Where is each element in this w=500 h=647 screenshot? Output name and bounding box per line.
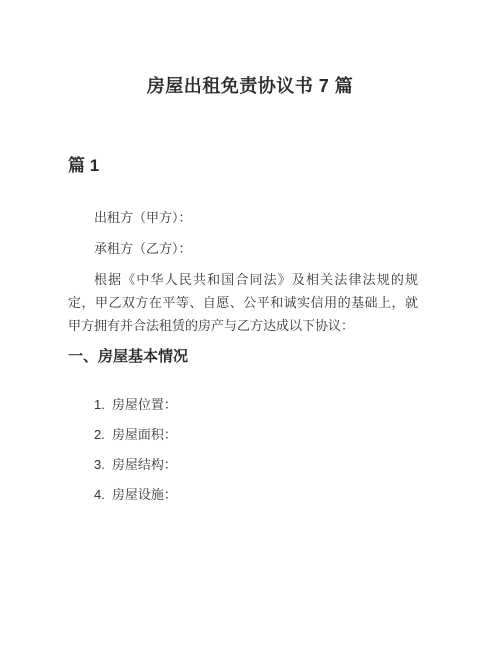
list-item-area: 2.房屋面积： bbox=[94, 423, 418, 446]
list-item-label: 房屋面积： bbox=[112, 427, 177, 442]
intro-paragraph: 根据《中华人民共和国合同法》及相关法律法规的规定，甲乙双方在平等、自愿、公平和诚… bbox=[68, 268, 418, 337]
document-page: 房屋出租免责协议书 7 篇 篇 1 出租方（甲方）： 承租方（乙方）： 根据《中… bbox=[0, 0, 500, 647]
part-heading: 篇 1 bbox=[68, 154, 418, 178]
party-a-line: 出租方（甲方）： bbox=[68, 206, 418, 229]
list-item-label: 房屋设施： bbox=[112, 487, 177, 502]
list-item-number: 1. bbox=[94, 393, 105, 416]
list-item-location: 1.房屋位置： bbox=[94, 393, 418, 416]
list-item-facilities: 4.房屋设施： bbox=[94, 483, 418, 506]
list-item-number: 4. bbox=[94, 483, 105, 506]
party-b-line: 承租方（乙方）： bbox=[68, 237, 418, 260]
list-item-number: 2. bbox=[94, 423, 105, 446]
section-heading-basic-info: 一、房屋基本情况 bbox=[68, 345, 418, 369]
list-item-label: 房屋结构： bbox=[112, 457, 177, 472]
list-item-label: 房屋位置： bbox=[112, 397, 177, 412]
document-title: 房屋出租免责协议书 7 篇 bbox=[0, 73, 500, 99]
house-info-list: 1.房屋位置： 2.房屋面积： 3.房屋结构： 4.房屋设施： bbox=[68, 393, 418, 506]
document-body: 篇 1 出租方（甲方）： 承租方（乙方）： 根据《中华人民共和国合同法》及相关法… bbox=[68, 154, 418, 506]
list-item-structure: 3.房屋结构： bbox=[94, 453, 418, 476]
list-item-number: 3. bbox=[94, 453, 105, 476]
